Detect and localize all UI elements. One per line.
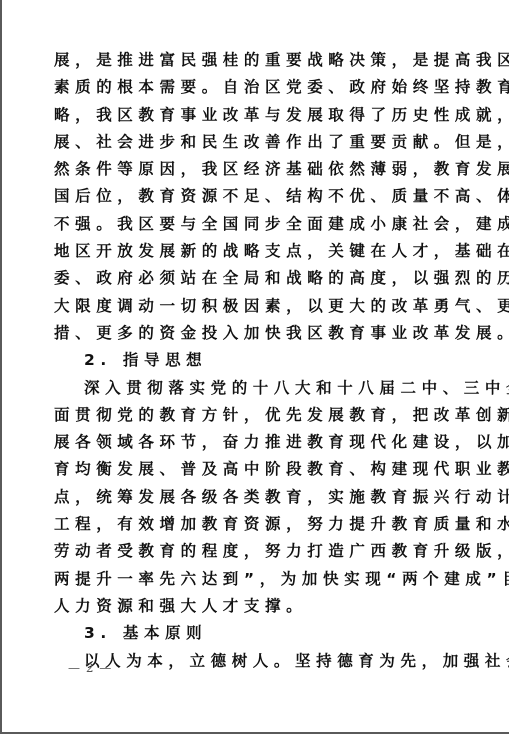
text-line: 人力资源和强大人才支撑。: [54, 593, 464, 620]
text-line: 展、社会进步和民生改善作出了重要贡献。但是，由于历史和自: [54, 129, 464, 156]
text-line: 育均衡发展、普及高中阶段教育、构建现代职业教育体系为重: [54, 456, 464, 483]
text-line: 国后位，教育资源不足、结构不优、质量不高、体制不顺、活力: [54, 183, 464, 210]
section-heading-guiding-thought: 2. 指导思想: [54, 347, 464, 374]
text-line: 大限度调动一切积极因素，以更大的改革勇气、更实的改革举: [54, 293, 464, 320]
section-heading-basic-principles: 3. 基本原则: [54, 620, 464, 647]
paragraph-first-line: 以人为本，立德树人。坚持德育为先，加强社会主义核心价: [54, 648, 464, 675]
text-line: 不强。我区要与全国同步全面建成小康社会，建成我国西南中南: [54, 211, 464, 238]
text-line: 然条件等原因，我区经济基础依然薄弱，教育发展水平仍处于全: [54, 156, 464, 183]
text-line: 素质的根本需要。自治区党委、政府始终坚持教育优先发展战: [54, 74, 464, 101]
text-line: 展，是推进富民强桂的重要战略决策，是提高我区各族人民群众: [54, 47, 464, 74]
text-line: 劳动者受教育的程度，努力打造广西教育升级版，实现“三基本: [54, 538, 464, 565]
text-line: 展各领域各环节，奋力推进教育现代化建设，以加快推进义务教: [54, 429, 464, 456]
text-line: 工程，有效增加教育资源，努力提升教育质量和水平，提高全体: [54, 511, 464, 538]
document-body: 展，是推进富民强桂的重要战略决策，是提高我区各族人民群众 素质的根本需要。自治区…: [54, 47, 464, 675]
paragraph-first-line: 深入贯彻落实党的十八大和十八届二中、三中全会精神，全: [54, 375, 464, 402]
text-line: 措、更多的资金投入加快我区教育事业改革发展。: [54, 320, 464, 347]
text-line: 地区开放发展新的战略支点，关键在人才，基础在教育。各级党: [54, 238, 464, 265]
text-line: 委、政府必须站在全局和战略的高度，以强烈的历史使命感，最: [54, 265, 464, 292]
page-number: — 2 —: [68, 661, 112, 675]
text-line: 略，我区教育事业改革与发展取得了历史性成就，为我区经济发: [54, 102, 464, 129]
text-line: 面贯彻党的教育方针，优先发展教育，把改革创新贯穿于教育发: [54, 402, 464, 429]
text-line: 点，统筹发展各级各类教育，实施教育振兴行动计划和八大重点: [54, 484, 464, 511]
text-line: 两提升一率先六达到”，为加快实现“两个建成”目标提供优质: [54, 566, 464, 593]
document-page: 展，是推进富民强桂的重要战略决策，是提高我区各族人民群众 素质的根本需要。自治区…: [0, 0, 509, 734]
